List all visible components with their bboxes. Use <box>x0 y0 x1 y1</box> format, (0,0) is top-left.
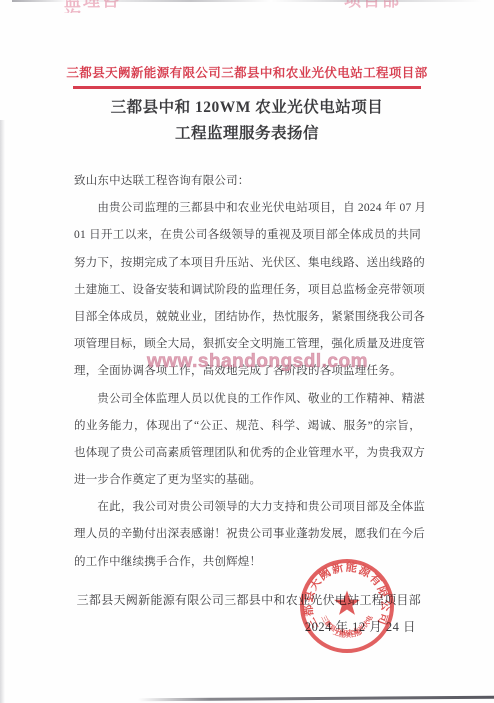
body-line: 努力下，按期完成了本项目升压站、光伏区、集电线路、送出线路的 <box>74 250 421 277</box>
document-title-line2: 工程监理服务表扬信 <box>0 121 494 143</box>
body-line: 的业务能力，体现出了“公正、规范、科学、竭诚、服务”的宗旨， <box>74 413 421 440</box>
scan-top-edge <box>12 0 482 2</box>
body-paragraphs: 由贵公司监理的三都县中和农业光伏电站项目，自 2024 年 07 月01 日开工… <box>74 195 421 576</box>
document-page: 监理咨询 项目部 三都县天阙新能源有限公司三都县中和农业光伏电站工程项目部 三都… <box>0 0 494 703</box>
document-title-line1: 三都县中和 120WM 农业光伏电站项目 <box>0 95 494 117</box>
body-line: 项管理目标，顾全大局，狠抓安全文明施工管理，强化质量及进度管 <box>74 331 421 358</box>
top-left-pink-fragment: 监理咨询 <box>64 0 138 13</box>
scan-left-edge <box>0 120 5 703</box>
top-right-pink-fragment: 项目部 <box>344 0 402 13</box>
body-line: 目部全体成员，兢兢业业，团结协作，热忱服务，紧紧围绕我公司各 <box>74 304 421 331</box>
body-line: 01 日开工以来，在贵公司各级领导的重视及项目部全体成员的共同 <box>74 222 421 249</box>
body-line: 贵公司全体监理人员以优良的工作作风、敬业的工作精神、精湛 <box>74 386 421 413</box>
body-line: 的工作中继续携手合作，共创辉煌！ <box>74 549 421 576</box>
body-line: 也体现了贵公司高素质管理团队和优秀的企业管理水平，为贵我双方 <box>74 440 421 467</box>
letterhead-title: 三都县天阙新能源有限公司三都县中和农业光伏电站工程项目部 <box>0 63 494 81</box>
body-line: 土建施工、设备安装和调试阶段的监理任务，项目总监杨金亮带领项 <box>74 277 421 304</box>
body-line: 理人员的辛勤付出深表感谢！祝贵公司事业蓬勃发展，愿我们在今后 <box>74 521 421 548</box>
letterhead-rule <box>73 86 421 89</box>
body-line: 进一步合作奠定了更为坚实的基础。 <box>74 467 421 494</box>
date-line: 2024 年 12 月 24 日 <box>74 617 416 635</box>
scan-bottom-edge <box>138 696 494 702</box>
body-line: 在此，我公司对贵公司领导的大力支持和贵公司项目部及全体监 <box>74 494 421 521</box>
document-body: 致山东中达联工程咨询有限公司： 由贵公司监理的三都县中和农业光伏电站项目，自 2… <box>74 168 421 576</box>
salutation: 致山东中达联工程咨询有限公司： <box>74 168 421 195</box>
signature-line: 三都县天阙新能源有限公司三都县中和农业光伏电站工程项目部 <box>74 591 421 608</box>
body-line: 理，全面协调各项工作，高效地完成了各阶段的各项监理任务。 <box>74 358 421 385</box>
body-line: 由贵公司监理的三都县中和农业光伏电站项目，自 2024 年 07 月 <box>74 195 421 222</box>
